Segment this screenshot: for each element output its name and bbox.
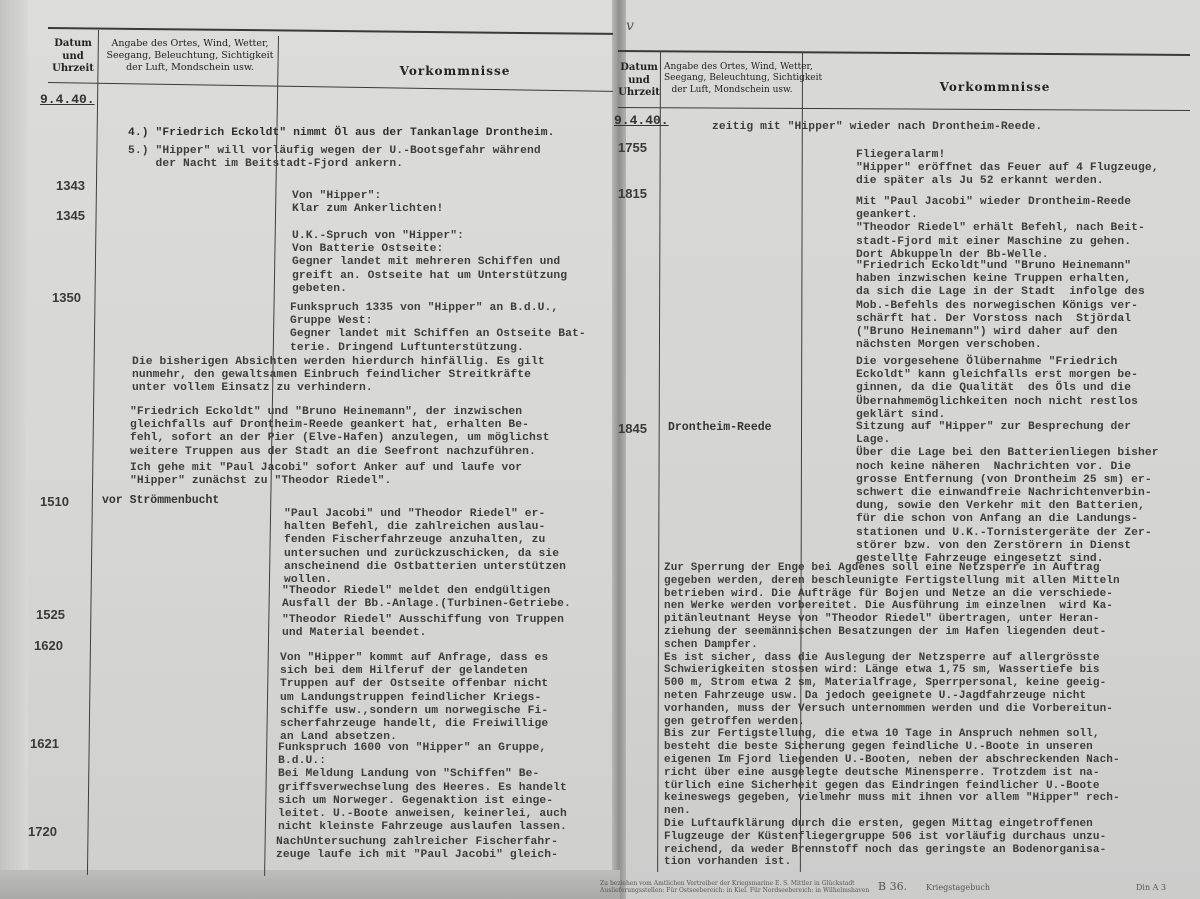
- left-header-place: Angabe des Ortes, Wind, Wetter, Seegang,…: [104, 38, 276, 74]
- margin-pencil-mark: v: [626, 18, 634, 34]
- footer-format: Din A 3: [1136, 883, 1166, 892]
- right-header-place: Angabe des Ortes, Wind, Wetter, Seegang,…: [664, 62, 800, 96]
- left-entry-8: "Paul Jacobi" und "Theodor Riedel" er- h…: [284, 508, 566, 587]
- left-entry-0: 4.) "Friedrich Eckoldt" nimmt Öl aus der…: [128, 127, 555, 140]
- left-time-1343: 1343: [56, 178, 85, 193]
- left-place-1510: vor Strömmenbucht: [102, 494, 219, 507]
- right-header-events: Vorkommnisse: [920, 80, 1070, 95]
- left-header-date-time: Datum und Uhrzeit: [50, 38, 96, 76]
- right-time-1815: 1815: [618, 186, 647, 201]
- right-date: 9.4.40.: [614, 113, 669, 128]
- left-time-1510: 1510: [40, 494, 69, 509]
- left-entry-10: "Theodor Riedel" Ausschiffung von Truppe…: [282, 614, 564, 640]
- binding-edge: [0, 0, 28, 899]
- footer-form-title: Kriegstagebuch: [926, 883, 990, 892]
- footer-form-number: B 36.: [878, 880, 907, 893]
- right-time-1755: 1755: [618, 140, 647, 155]
- left-time-1345: 1345: [56, 208, 85, 223]
- right-header-date-time: Datum und Uhrzeit: [618, 62, 660, 100]
- left-entry-9: "Theodor Riedel" meldet den endgültigen …: [282, 585, 571, 611]
- left-entry-3: U.K.-Spruch von "Hipper": Von Batterie O…: [292, 230, 567, 296]
- page-bottom-edge: [0, 870, 620, 899]
- left-time-1720: 1720: [28, 824, 57, 839]
- right-entry-1: Fliegeralarm! "Hipper" eröffnet das Feue…: [856, 149, 1159, 189]
- footer-printer-note: Zu beziehen vom Amtlichen Vertreiber der…: [600, 880, 869, 894]
- left-entry-13: NachUntersuchung zahlreicher Fischerfahr…: [276, 836, 558, 862]
- left-entry-7: Ich gehe mit "Paul Jacobi" sofort Anker …: [130, 462, 522, 488]
- left-entry-1: 5.) "Hipper" will vorläufig wegen der U.…: [128, 145, 541, 171]
- left-entry-6: "Friedrich Eckoldt" und "Bruno Heinemann…: [130, 406, 550, 459]
- right-place-1845: Drontheim-Reede: [668, 421, 772, 434]
- left-time-1620: 1620: [34, 638, 63, 653]
- left-date: 9.4.40.: [40, 92, 95, 107]
- right-entry-6: Zur Sperrung der Enge bei Agdenes soll e…: [664, 562, 1120, 869]
- left-entry-12: Funkspruch 1600 von "Hipper" an Gruppe, …: [278, 742, 567, 834]
- right-entry-0: zeitig mit "Hipper" wieder nach Dronthei…: [712, 121, 1042, 134]
- right-time-1845: 1845: [618, 421, 647, 436]
- left-time-1621: 1621: [30, 736, 59, 751]
- left-entry-11: Von "Hipper" kommt auf Anfrage, dass es …: [280, 652, 548, 744]
- left-entry-2: Von "Hipper": Klar zum Ankerlichten!: [292, 190, 443, 216]
- left-entry-4: Funkspruch 1335 von "Hipper" an B.d.U., …: [290, 302, 586, 355]
- left-time-1350: 1350: [52, 290, 81, 305]
- right-entry-5: Sitzung auf "Hipper" zur Besprechung der…: [856, 421, 1159, 566]
- page-gutter: [612, 0, 626, 899]
- right-entry-3: "Friedrich Eckoldt"und "Bruno Heinemann"…: [856, 260, 1145, 352]
- right-entry-4: Die vorgesehene Ölübernahme "Friedrich E…: [856, 356, 1138, 422]
- right-entry-2: Mit "Paul Jacobi" wieder Drontheim-Reede…: [856, 196, 1145, 262]
- left-entry-5: Die bisherigen Absichten werden hierdurc…: [132, 356, 545, 396]
- left-header-events: Vorkommnisse: [380, 64, 530, 79]
- left-time-1525: 1525: [36, 607, 65, 622]
